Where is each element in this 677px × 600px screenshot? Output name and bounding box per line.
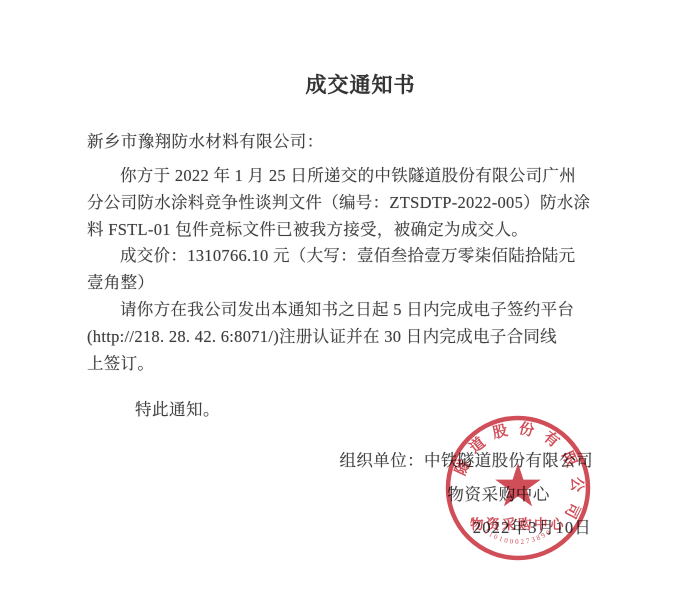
- seal-department-text: 物资采购中心: [470, 516, 566, 532]
- seal-company-text: 中铁隧道股份有限公司: [443, 413, 585, 530]
- body-line: 壹角整）: [87, 270, 597, 297]
- body-line: (http://218. 28. 42. 6:8071/)注册认证并在 30 日…: [87, 324, 597, 351]
- document-title: 成交通知书: [22, 70, 677, 100]
- document-body: 你方于 2022 年 1 月 25 日所递交的中铁隧道股份有限公司广州 分公司防…: [87, 163, 597, 377]
- body-line: 成交价：1310766.10 元（大写：壹佰叁拾壹万零柒佰陆拾陆元: [87, 243, 597, 270]
- body-line: 料 FSTL-01 包件竞标文件已被我方接受，被确定为成交人。: [87, 217, 597, 244]
- seal-star-icon: [495, 463, 541, 506]
- scanned-document-page: 成交通知书 新乡市豫翔防水材料有限公司： 你方于 2022 年 1 月 25 日…: [0, 0, 677, 600]
- closing-note: 特此通知。: [135, 396, 220, 420]
- body-line: 上签订。: [87, 351, 597, 378]
- body-line: 请你方在我公司发出本通知书之日起 5 日内完成电子签约平台: [87, 297, 597, 324]
- addressee-line: 新乡市豫翔防水材料有限公司：: [87, 128, 324, 152]
- body-line: 分公司防水涂料竞争性谈判文件（编号：ZTSDTP-2022-005）防水涂: [87, 190, 597, 217]
- body-line: 你方于 2022 年 1 月 25 日所递交的中铁隧道股份有限公司广州: [87, 163, 597, 190]
- company-seal-stamp: 中铁隧道股份有限公司 物资采购中心 4101000273890: [443, 413, 593, 563]
